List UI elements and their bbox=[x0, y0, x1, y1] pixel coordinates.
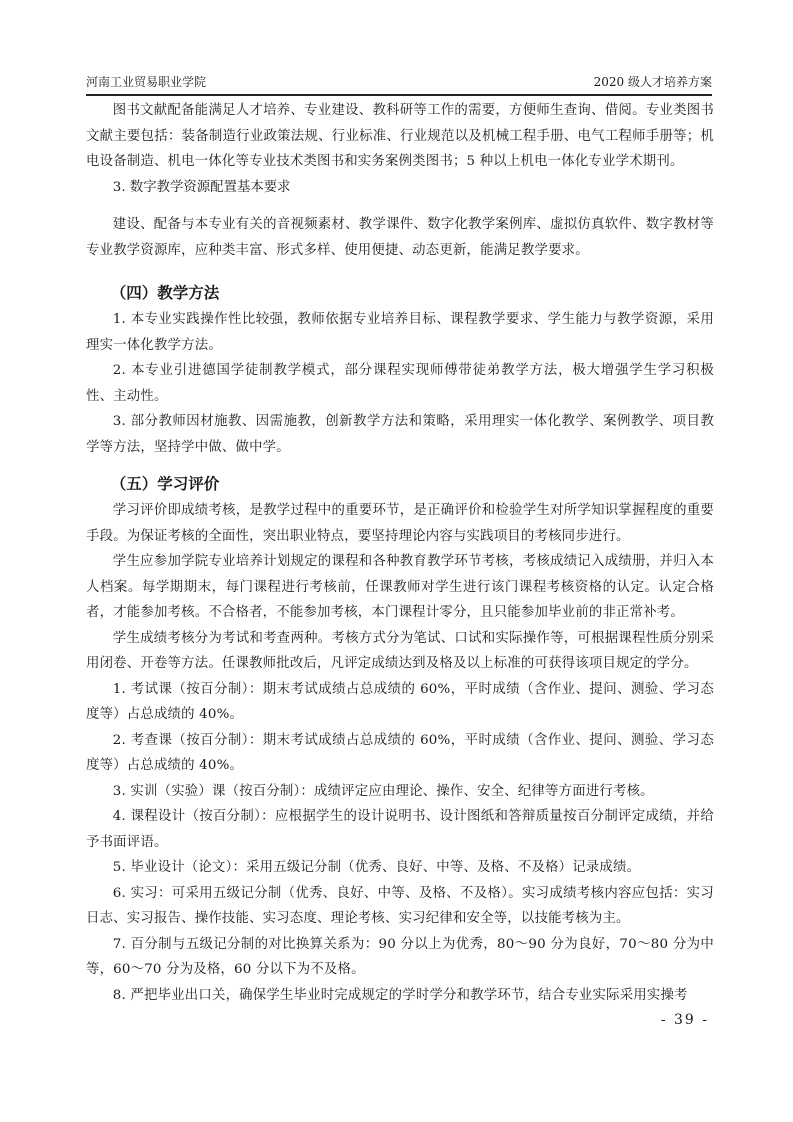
spacer bbox=[86, 263, 714, 275]
paragraph-library-resources: 图书文献配备能满足人才培养、专业建设、教科研等工作的需要，方便师生查询、借阅。专… bbox=[86, 98, 714, 175]
paragraph: 学生应参加学院专业培养计划规定的课程和各种教育教学环节考核，考核成绩记入成绩册，… bbox=[86, 549, 714, 626]
list-item: 3. 实训（实验）课（按百分制）：成绩评定应由理论、操作、安全、纪律等方面进行考… bbox=[86, 779, 714, 805]
page-number: - 39 - bbox=[661, 1012, 709, 1028]
list-item: 1. 考试课（按百分制）：期末考试成绩占总成绩的 60%，平时成绩（含作业、提问… bbox=[86, 677, 714, 728]
list-item: 1. 本专业实践操作性比较强，教师依据专业培养目标、课程教学要求、学生能力与教学… bbox=[86, 307, 714, 358]
header-document-title: 2020 级人才培养方案 bbox=[594, 74, 712, 90]
header-institution: 河南工业贸易职业学院 bbox=[86, 74, 206, 90]
spacer bbox=[86, 460, 714, 466]
list-item: 2. 考查课（按百分制）：期末考试成绩占总成绩的 60%，平时成绩（含作业、提问… bbox=[86, 728, 714, 779]
page-header: 河南工业贸易职业学院 2020 级人才培养方案 bbox=[86, 74, 712, 96]
list-item: 6. 实习：可采用五级记分制（优秀、良好、中等、及格、不及格）。实习成绩考核内容… bbox=[86, 881, 714, 932]
paragraph: 学生成绩考核分为考试和考查两种。考核方式分为笔试、口试和实际操作等，可根据课程性… bbox=[86, 626, 714, 677]
subheading-digital-resources: 3. 数字教学资源配置基本要求 bbox=[86, 175, 714, 201]
list-item: 3. 部分教师因材施教、因需施教，创新教学方法和策略，采用理实一体化教学、案例教… bbox=[86, 409, 714, 460]
spacer bbox=[86, 200, 714, 212]
list-item: 4. 课程设计（按百分制）：应根据学生的设计说明书、设计图纸和答辩质量按百分制评… bbox=[86, 804, 714, 855]
list-item: 2. 本专业引进德国学徒制教学模式，部分课程实现师傅带徒弟教学方法，极大增强学生… bbox=[86, 358, 714, 409]
section-heading-learning-evaluation: （五）学习评价 bbox=[86, 470, 714, 498]
list-item: 5. 毕业设计（论文）：采用五级记分制（优秀、良好、中等、及格、不及格）记录成绩… bbox=[86, 855, 714, 881]
page-body: 图书文献配备能满足人才培养、专业建设、教科研等工作的需要，方便师生查询、借阅。专… bbox=[86, 98, 714, 1008]
paragraph-digital-resources: 建设、配备与本专业有关的音视频素材、教学课件、数字化教学案例库、虚拟仿真软件、数… bbox=[86, 212, 714, 263]
list-item: 8. 严把毕业出口关，确保学生毕业时完成规定的学时学分和教学环节，结合专业实际采… bbox=[86, 983, 714, 1009]
section-heading-teaching-methods: （四）教学方法 bbox=[86, 279, 714, 307]
list-item: 7. 百分制与五级记分制的对比换算关系为：90 分以上为优秀，80～90 分为良… bbox=[86, 932, 714, 983]
paragraph: 学习评价即成绩考核，是教学过程中的重要环节，是正确评价和检验学生对所学知识掌握程… bbox=[86, 498, 714, 549]
